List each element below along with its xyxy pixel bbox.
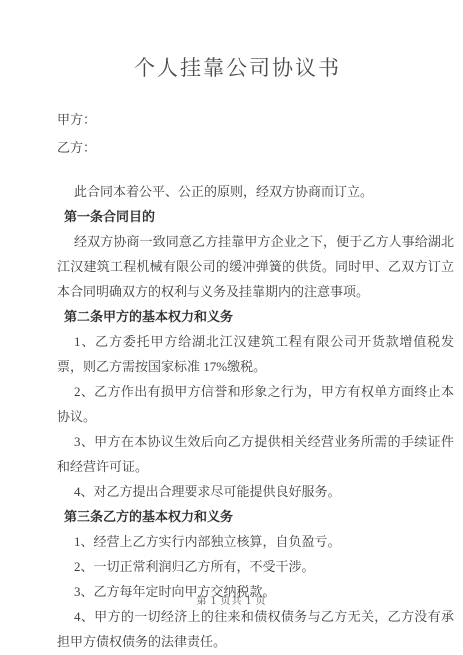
section-2-heading: 第二条甲方的基本权力和义务 [57,304,454,329]
section-3-item-1: 1、经营上乙方实行内部独立核算，自负盈亏。 [57,529,454,554]
page-number-footer: 第 1 页共 1 页 [0,592,463,607]
preamble-paragraph: 此合同本着公平、公正的原则，经双方协商而订立。 [57,179,454,204]
section-2-item-2: 2、乙方作出有损甲方信誉和形象之行为，甲方有权单方面终止本协议。 [57,379,454,429]
section-3-heading: 第三条乙方的基本权力和义务 [57,504,454,529]
section-2-item-1: 1、乙方委托甲方给湖北江汉建筑工程有限公司开货款增值税发票，则乙方需按国家标准 … [57,329,454,379]
section-2-item-3: 3、甲方在本协议生效后向乙方提供相关经营业务所需的手续证件和经营许可证。 [57,429,454,479]
section-1-heading: 第一条合同目的 [57,204,454,229]
section-3-item-2: 2、一切正常利润归乙方所有，不受干涉。 [57,554,454,579]
party-b-label: 乙方： [57,140,454,155]
section-2-item-4: 4、对乙方提出合理要求尽可能提供良好服务。 [57,479,454,504]
section-1-paragraph-1: 经双方协商一致同意乙方挂靠甲方企业之下，便于乙方人事给湖北江汉建筑工程机械有限公… [57,229,454,304]
section-3-item-4: 4、甲方的一切经济上的往来和债权债务与乙方无关，乙方没有承担甲方债权债务的法律责… [57,604,454,654]
document-page: 个人挂靠公司协议书 甲方： 乙方： 此合同本着公平、公正的原则，经双方协商而订立… [0,0,463,655]
document-title: 个人挂靠公司协议书 [12,53,463,83]
party-a-label: 甲方： [57,112,454,127]
